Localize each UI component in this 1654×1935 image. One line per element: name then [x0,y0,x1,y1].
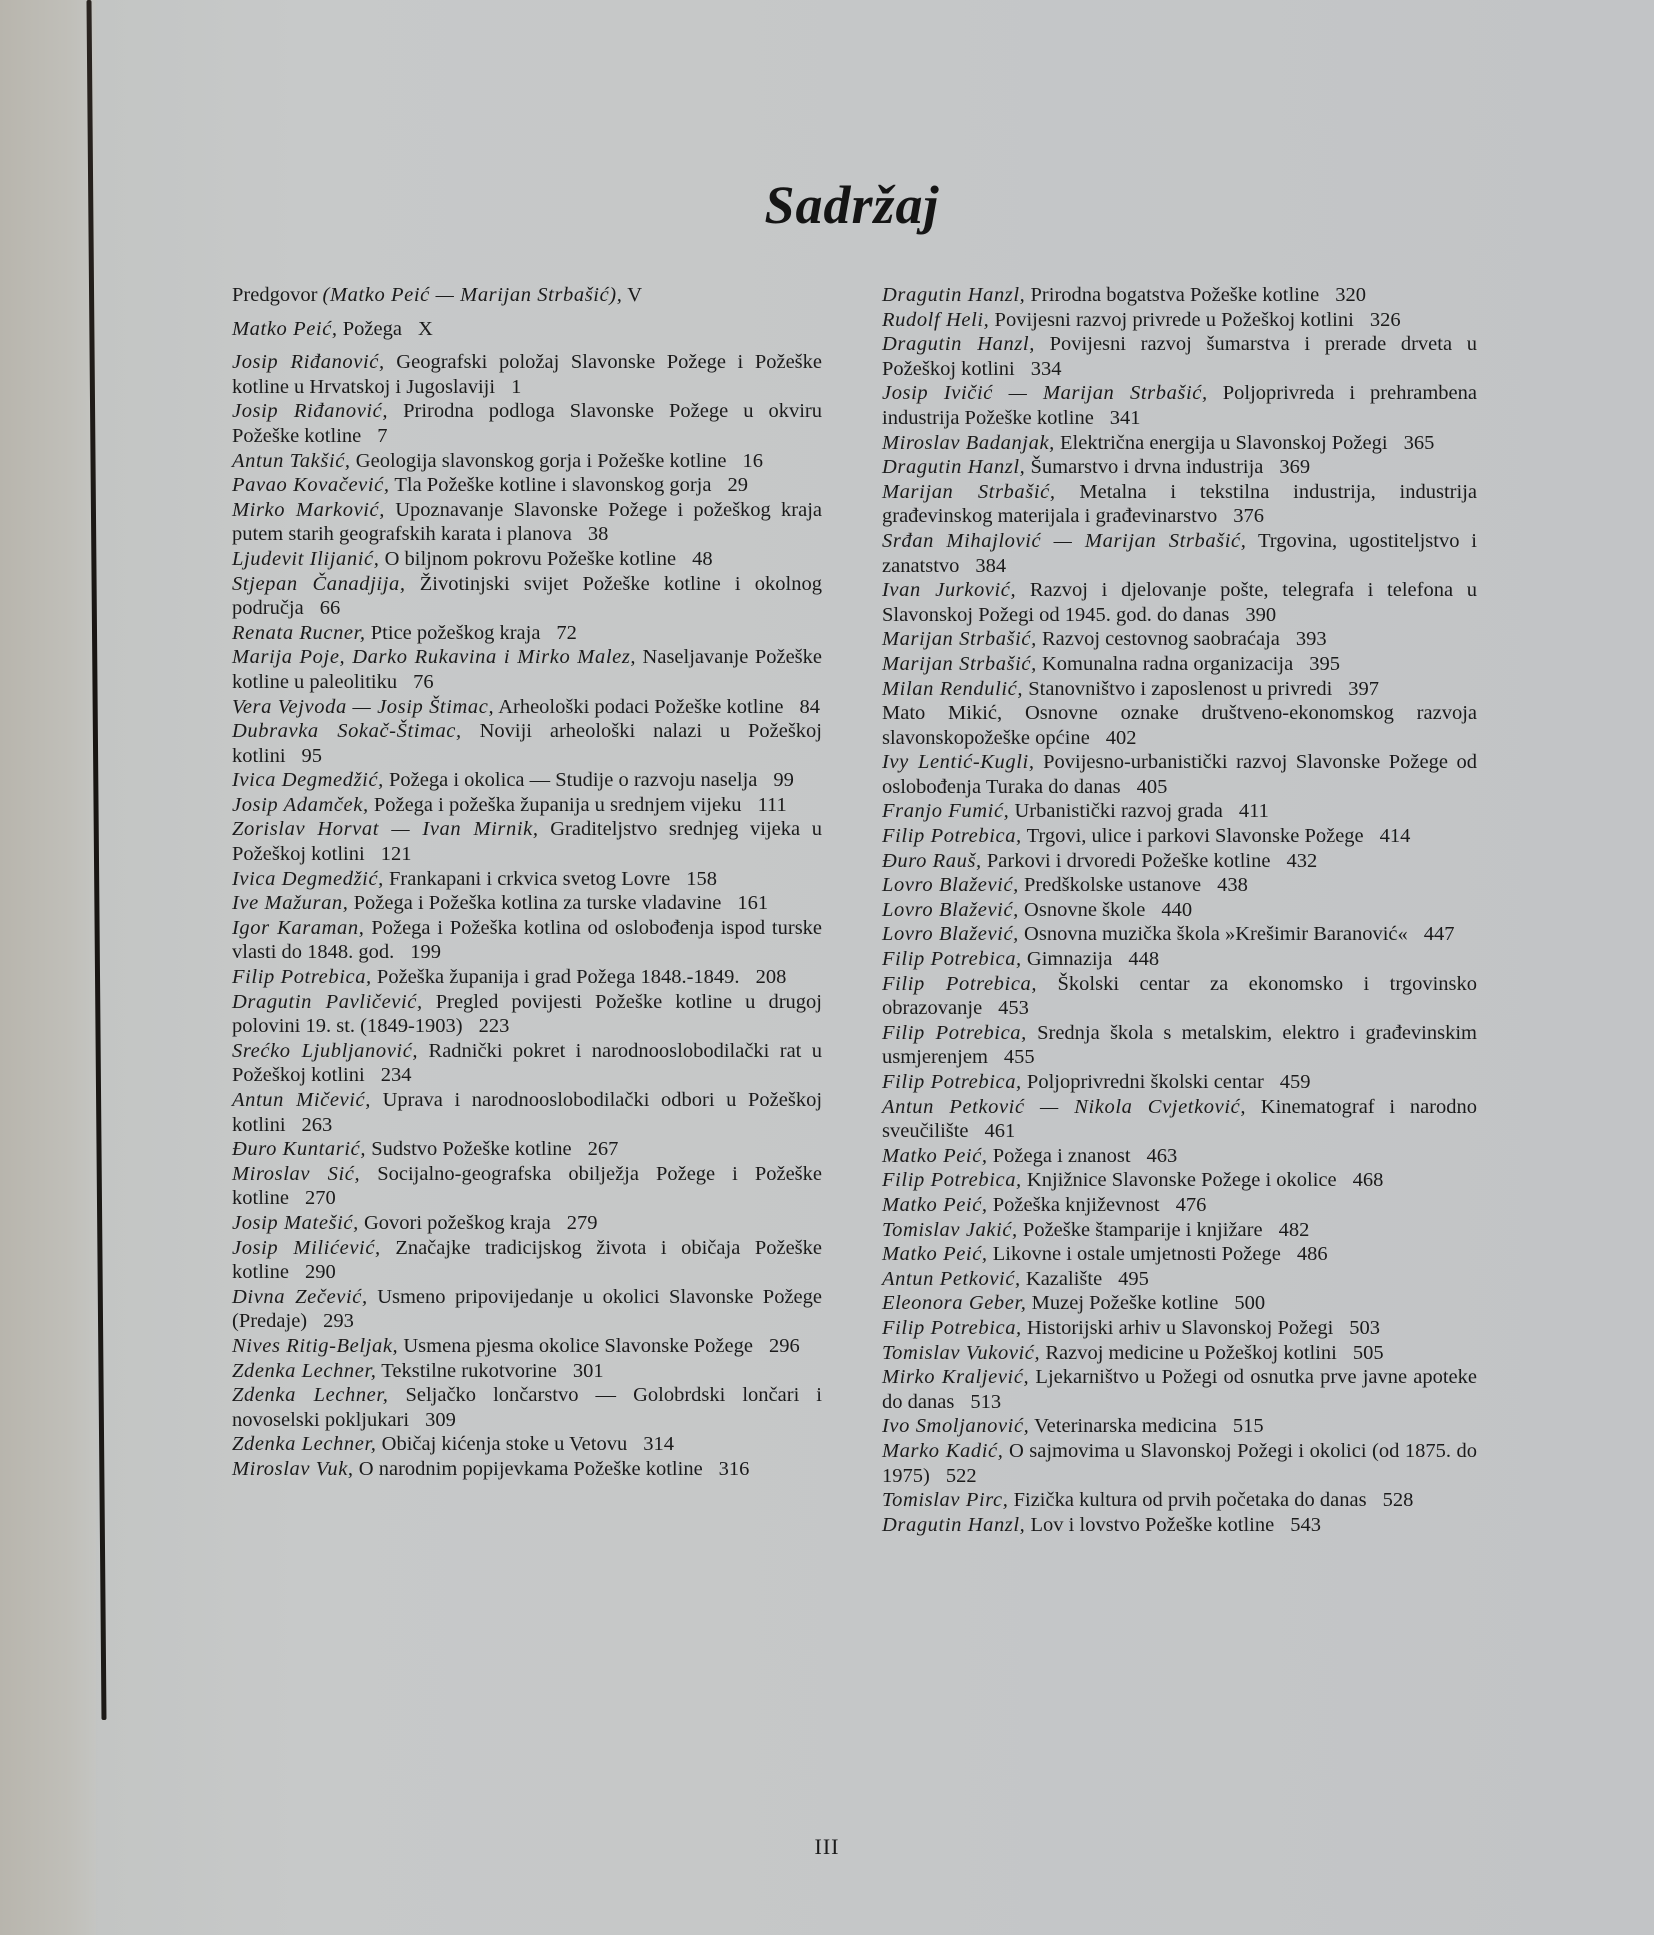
toc-entry: Lovro Blažević, Osnovne škole440 [882,898,1477,923]
previous-page-edge [0,0,96,1935]
toc-entry-title: Osnovne škole [1024,899,1145,921]
toc-entry-page-number: 208 [756,966,787,988]
toc-entry-title: Požega i požeška županija u srednjem vij… [374,794,742,816]
toc-entry: Filip Potrebica, Poljoprivredni školski … [882,1070,1477,1095]
toc-entry: Ive Mažuran, Požega i Požeška kotlina za… [232,891,822,916]
toc-entry-title: Komunalna radna organizacija [1042,653,1293,675]
toc-entry-title: Požega i Požeška kotlina za turske vlada… [354,892,722,914]
toc-entry-page-number: 7 [377,425,387,447]
toc-entry-author: Lovro Blažević, [882,874,1019,896]
toc-entry: Mato Mikić, Osnovne oznake društveno-eko… [882,701,1477,750]
toc-entry-page-number: 476 [1176,1194,1207,1216]
toc-entry: Ivo Smoljanović, Veterinarska medicina51… [882,1414,1477,1439]
toc-entry-page-number: 76 [413,671,434,693]
toc-entry: Tomislav Vuković, Razvoj medicine u Pože… [882,1341,1477,1366]
toc-entry: Dragutin Pavličević, Pregled povijesti P… [232,990,822,1039]
toc-entry-page-number: 267 [588,1138,619,1160]
toc-entry-page-number: 447 [1424,923,1455,945]
toc-entry-author: Marijan Strbašić, [882,628,1037,650]
toc-entry-page-number: 500 [1234,1292,1265,1314]
toc-left-column: Predgovor (Matko Peić — Marijan Strbašić… [232,283,822,1482]
toc-entry: Marija Poje, Darko Rukavina i Mirko Male… [232,645,822,694]
toc-entry-author: Miroslav Badanjak, [882,432,1055,454]
toc-entry-page-number: 290 [305,1261,336,1283]
toc-entry: Dragutin Hanzl, Prirodna bogatstva Požeš… [882,283,1477,308]
toc-entry-page-number: 316 [719,1458,750,1480]
toc-entry-author: Srđan Mihajlović — Marijan Strbašić, [882,530,1246,552]
toc-entry-page-number: 309 [425,1409,456,1431]
toc-entry-author: Ivica Degmedžić, [232,868,384,890]
toc-entry: Pavao Kovačević, Tla Požeške kotline i s… [232,473,822,498]
toc-entry-title: Osnovna muzička škola »Krešimir Baranovi… [1024,923,1408,945]
toc-entry-author: Filip Potrebica, [882,1169,1022,1191]
toc-entry-author: Dragutin Hanzl, [882,1514,1025,1536]
toc-entry-author: Mirko Marković, [232,499,385,521]
toc-entry-title: Stanovništvo i zaposlenost u privredi [1028,678,1332,700]
toc-entry-author: Filip Potrebica, [882,825,1022,847]
toc-entry-author: Filip Potrebica, [882,1071,1022,1093]
toc-entry: Ivy Lentić-Kugli, Povijesno-urbanistički… [882,750,1477,799]
toc-entry-page-number: 296 [769,1335,800,1357]
toc-entry: Zdenka Lechner, Običaj kićenja stoke u V… [232,1432,822,1457]
toc-entry-title: Trgovi, ulice i parkovi Slavonske Požege [1027,825,1364,847]
toc-entry: Dragutin Hanzl, Šumarstvo i drvna indust… [882,455,1477,480]
toc-entry-author: Filip Potrebica, [882,973,1037,995]
toc-entry-page-number: 486 [1297,1243,1328,1265]
toc-entry-page-number: 440 [1161,899,1192,921]
toc-entry-author: Dragutin Hanzl, [882,333,1035,355]
toc-entry-author: Nives Ritig-Beljak, [232,1335,398,1357]
toc-entry-title: O narodnim popijevkama Požeške kotline [359,1458,703,1480]
toc-entry-page-number: 270 [305,1187,336,1209]
toc-entry: Marijan Strbašić, Metalna i tekstilna in… [882,480,1477,529]
toc-entry-page-number: 468 [1353,1169,1384,1191]
toc-entry: Ivica Degmedžić, Frankapani i crkvica sv… [232,867,822,892]
toc-entry-author: Filip Potrebica, [882,1317,1022,1339]
toc-entry-author: Zdenka Lechner, [232,1360,377,1382]
toc-entry: Filip Potrebica, Historijski arhiv u Sla… [882,1316,1477,1341]
toc-entry-page-number: 341 [1110,407,1141,429]
toc-right-column: Dragutin Hanzl, Prirodna bogatstva Požeš… [882,283,1477,1537]
toc-entry: Eleonora Geber, Muzej Požeške kotline500 [882,1291,1477,1316]
toc-entry-title: Povijesni razvoj privrede u Požeškoj kot… [995,309,1354,331]
toc-entry-title: Likovne i ostale umjetnosti Požege [993,1243,1281,1265]
toc-entry: Dragutin Hanzl, Lov i lovstvo Požeške ko… [882,1513,1477,1538]
toc-entry-author: Antun Takšić, [232,450,351,472]
toc-entry-page-number: 402 [1106,727,1137,749]
toc-entry: Dragutin Hanzl, Povijesni razvoj šumarst… [882,332,1477,381]
toc-entry-author: Mirko Kraljević, [882,1366,1029,1388]
toc-entry-author: Dragutin Hanzl, [882,456,1025,478]
toc-entry-author: Ivy Lentić-Kugli, [882,751,1035,773]
toc-entry: Miroslav Badanjak, Električna energija u… [882,431,1477,456]
toc-entry-author: Marijan Strbašić, [882,653,1037,675]
toc-entry: Josip Milićević, Značajke tradicijskog ž… [232,1236,822,1285]
toc-entry-page-number: 384 [975,555,1006,577]
toc-entry-author: Marijan Strbašić, [882,481,1056,503]
toc-entry: Marko Kadić, O sajmovima u Slavonskoj Po… [882,1439,1477,1488]
toc-entry: Mirko Kraljević, Ljekarništvo u Požegi o… [882,1365,1477,1414]
toc-entry-title: Lov i lovstvo Požeške kotline [1031,1514,1275,1536]
toc-entry-lead: Predgovor [232,284,317,306]
toc-entry: Ivica Degmedžić, Požega i okolica — Stud… [232,768,822,793]
toc-entry-page-number: 522 [946,1465,977,1487]
toc-entry-page-number: V [627,284,642,306]
toc-entry-page-number: 515 [1233,1415,1264,1437]
toc-entry-author: Marko Kadić, [882,1440,1003,1462]
toc-entry: Đuro Kuntarić, Sudstvo Požeške kotline26… [232,1137,822,1162]
toc-entry: Filip Potrebica, Knjižnice Slavonske Pož… [882,1168,1477,1193]
toc-entry-author: Rudolf Heli, [882,309,989,331]
toc-entry-title: Urbanistički razvoj grada [1015,800,1223,822]
toc-entry-page-number: 161 [737,892,768,914]
toc-entry: Antun Petković — Nikola Cvjetković, Kine… [882,1095,1477,1144]
toc-entry: Antun Petković, Kazalište495 [882,1267,1477,1292]
toc-entry-page-number: 455 [1004,1046,1035,1068]
toc-entry-title: Požega i znanost [993,1145,1131,1167]
toc-entry-page-number: 395 [1309,653,1340,675]
toc-entry-author: Zorislav Horvat — Ivan Mirnik, [232,818,539,840]
toc-entry-author: Ivica Degmedžić, [232,769,384,791]
toc-entry-page-number: 320 [1335,284,1366,306]
toc-entry-author: Josip Adamček, [232,794,369,816]
toc-entry-page-number: 505 [1353,1342,1384,1364]
toc-entry: Tomislav Pirc, Fizička kultura od prvih … [882,1488,1477,1513]
toc-entry-author: Filip Potrebica, [882,948,1022,970]
toc-entry-page-number: 279 [567,1212,598,1234]
toc-entry-author: Vera Vejvoda — Josip Štimac, [232,696,494,718]
toc-entry-page-number: 38 [588,523,609,545]
toc-entry-author: Tomislav Vuković, [882,1342,1040,1364]
toc-entry: Miroslav Vuk, O narodnim popijevkama Pož… [232,1457,822,1482]
toc-entry: Dubravka Sokač-Štimac, Noviji arheološki… [232,719,822,768]
toc-entry-author: Zdenka Lechner, [232,1384,388,1406]
toc-entry-title: Frankapani i crkvica svetog Lovre [389,868,670,890]
toc-entry: Filip Potrebica, Gimnazija448 [882,947,1477,972]
toc-entry-author: Josip Milićević, [232,1237,381,1259]
toc-entry-author: Antun Mičević, [232,1089,371,1111]
toc-entry-author: Renata Rucner, [232,622,366,644]
toc-entry: Marijan Strbašić, Komunalna radna organi… [882,652,1477,677]
toc-entry: Igor Karaman, Požega i Požeška kotlina o… [232,916,822,965]
toc-entry: Stjepan Čanadjija, Životinjski svijet Po… [232,572,822,621]
toc-entry-title: Poljoprivredni školski centar [1027,1071,1264,1093]
toc-entry-page-number: 66 [320,597,341,619]
toc-entry-author: Tomislav Jakić, [882,1219,1018,1241]
toc-entry-author: Dubravka Sokač-Štimac, [232,720,462,742]
toc-entry-title: O biljnom pokrovu Požeške kotline [385,548,677,570]
toc-entry-title: Prirodna bogatstva Požeške kotline [1031,284,1320,306]
toc-entry-page-number: 326 [1370,309,1401,331]
toc-entry-page-number: 543 [1290,1514,1321,1536]
toc-entry-author: Filip Potrebica, [882,1022,1027,1044]
toc-entry-author: Ivo Smoljanović, [882,1415,1029,1437]
toc-entry-page-number: 334 [1031,358,1062,380]
toc-entry-title: Govori požeškog kraja [364,1212,551,1234]
toc-entry: Zorislav Horvat — Ivan Mirnik, Graditelj… [232,817,822,866]
toc-entry: Franjo Fumić, Urbanistički razvoj grada4… [882,799,1477,824]
toc-entry: Filip Potrebica, Srednja škola s metalsk… [882,1021,1477,1070]
toc-entry-author: Matko Peić, [882,1145,988,1167]
toc-entry-title: Historijski arhiv u Slavonskoj Požegi [1027,1317,1333,1339]
toc-entry-author: Matko Peić, [882,1243,988,1265]
toc-entry: Tomislav Jakić, Požeške štamparije i knj… [882,1218,1477,1243]
toc-entry-page-number: 397 [1348,678,1379,700]
toc-entry-page-number: 503 [1349,1317,1380,1339]
toc-entry-page-number: 411 [1239,800,1269,822]
toc-entry-page-number: 448 [1128,948,1159,970]
toc-entry-author: Miroslav Sić, [232,1163,360,1185]
toc-entry-page-number: 461 [985,1120,1016,1142]
toc-entry-page-number: 376 [1233,505,1264,527]
book-page: Sadržaj Predgovor (Matko Peić — Marijan … [0,0,1654,1935]
toc-entry-title: Predškolske ustanove [1024,874,1201,896]
toc-entry: Lovro Blažević, Osnovna muzička škola »K… [882,922,1477,947]
toc-entry: Josip Ivičić — Marijan Strbašić, Poljopr… [882,381,1477,430]
toc-entry: Srđan Mihajlović — Marijan Strbašić, Trg… [882,529,1477,578]
toc-entry-author: Tomislav Pirc, [882,1489,1008,1511]
toc-entry-author: Lovro Blažević, [882,923,1019,945]
toc-entry-author: Antun Petković, [882,1268,1021,1290]
toc-entry-page-number: 199 [410,941,441,963]
toc-entry-page-number: 293 [323,1310,354,1332]
toc-entry-title: Ptice požeškog kraja [371,622,541,644]
toc-entry-author: Antun Petković — Nikola Cvjetković, [882,1096,1246,1118]
toc-entry-author: Igor Karaman, [232,917,365,939]
toc-entry-author: Mato Mikić, [882,702,1002,724]
toc-entry-author: Filip Potrebica, [232,966,372,988]
toc-entry-title: Gimnazija [1027,948,1112,970]
toc-entry-author: Ive Mažuran, [232,892,349,914]
toc-entry-page-number: 263 [302,1114,333,1136]
toc-entry-title: Razvoj medicine u Požeškoj kotlini [1045,1342,1337,1364]
toc-entry: Renata Rucner, Ptice požeškog kraja72 [232,621,822,646]
toc-entry-title: Sudstvo Požeške kotline [371,1138,571,1160]
toc-entry-title: Požeška književnost [993,1194,1160,1216]
toc-entry-page-number: 111 [758,794,787,816]
toc-entry-author: Dragutin Pavličević, [232,991,423,1013]
toc-entry-title: Požeške štamparije i knjižare [1023,1219,1263,1241]
toc-entry: Divna Zečević, Usmeno pripovijedanje u o… [232,1285,822,1334]
toc-entry-author: Marija Poje, Darko Rukavina i Mirko Male… [232,646,636,668]
toc-entry: Ljudevit Ilijanić, O biljnom pokrovu Pož… [232,547,822,572]
toc-entry-page-number: 301 [573,1360,604,1382]
toc-entry-title: Požega [343,318,402,340]
toc-entry: Matko Peić, Likovne i ostale umjetnosti … [882,1242,1477,1267]
toc-entry-title: Električna energija u Slavonskoj Požegi [1060,432,1388,454]
toc-entry-author: Đuro Kuntarić, [232,1138,366,1160]
toc-entry-page-number: 314 [643,1433,674,1455]
toc-entry: Josip Matešić, Govori požeškog kraja279 [232,1211,822,1236]
toc-entry-page-number: 369 [1279,456,1310,478]
toc-entry-title: Geologija slavonskog gorja i Požeške kot… [356,450,727,472]
toc-entry-title: Veterinarska medicina [1034,1415,1217,1437]
toc-entry-page-number: 16 [742,450,763,472]
toc-entry-page-number: 432 [1286,850,1317,872]
toc-entry: Mirko Marković, Upoznavanje Slavonske Po… [232,498,822,547]
toc-entry-author: (Matko Peić — Marijan Strbašić), [323,284,623,306]
toc-entry-page-number: 95 [302,745,323,767]
toc-entry: Filip Potrebica, Požeška županija i grad… [232,965,822,990]
toc-entry: Vera Vejvoda — Josip Štimac, Arheološki … [232,695,822,720]
toc-entry-author: Miroslav Vuk, [232,1458,354,1480]
toc-entry: Matko Peić, PožegaX [232,317,822,342]
toc-entry-title: Usmena pjesma okolice Slavonske Požege [403,1335,753,1357]
toc-entry-title: Šumarstvo i drvna industrija [1031,456,1264,478]
toc-entry-page-number: 459 [1280,1071,1311,1093]
toc-entry-page-number: 84 [799,696,820,718]
toc-entry-title: Tla Požeške kotline i slavonskog gorja [394,474,711,496]
toc-entry: Nives Ritig-Beljak, Usmena pjesma okolic… [232,1334,822,1359]
toc-entry-title: Razvoj cestovnog saobraćaja [1042,628,1280,650]
toc-entry-page-number: 29 [727,474,748,496]
toc-entry: Josip Riđanović, Prirodna podloga Slavon… [232,399,822,448]
toc-entry-author: Lovro Blažević, [882,899,1019,921]
toc-entry: Miroslav Sić, Socijalno-geografska obilj… [232,1162,822,1211]
toc-entry-title: Kazalište [1026,1268,1102,1290]
toc-entry: Antun Mičević, Uprava i narodnooslobodil… [232,1088,822,1137]
toc-entry-page-number: 234 [381,1064,412,1086]
toc-entry-author: Eleonora Geber, [882,1292,1027,1314]
page-title: Sadržaj [0,174,1654,236]
toc-entry-title: Požeška županija i grad Požega 1848.-184… [377,966,740,988]
toc-entry-page-number: 223 [479,1015,510,1037]
toc-entry-page-number: 158 [686,868,717,890]
toc-entry-page-number: 438 [1217,874,1248,896]
toc-entry-title: Parkovi i drvoredi Požeške kotline [987,850,1271,872]
toc-entry-page-number: 482 [1279,1219,1310,1241]
toc-entry-page-number: 513 [970,1391,1001,1413]
toc-entry-author: Ljudevit Ilijanić, [232,548,379,570]
toc-entry: Matko Peić, Požega i znanost463 [882,1144,1477,1169]
toc-entry-page-number: 1 [511,376,521,398]
toc-entry-page-number: 414 [1380,825,1411,847]
toc-entry-page-number: 72 [556,622,577,644]
toc-entry-title: Fizička kultura od prvih početaka do dan… [1014,1489,1367,1511]
toc-entry-author: Zdenka Lechner, [232,1433,377,1455]
toc-entry-page-number: 365 [1404,432,1435,454]
toc-entry-title: Muzej Požeške kotline [1032,1292,1219,1314]
toc-entry-page-number: 121 [381,843,412,865]
toc-entry-author: Stjepan Čanadjija, [232,573,406,595]
toc-entry-title: Običaj kićenja stoke u Vetovu [382,1433,628,1455]
toc-entry-author: Dragutin Hanzl, [882,284,1025,306]
toc-entry: Đuro Rauš, Parkovi i drvoredi Požeške ko… [882,849,1477,874]
toc-entry-page-number: 495 [1118,1268,1149,1290]
toc-entry-page-number: 528 [1383,1489,1414,1511]
toc-entry-author: Milan Rendulić, [882,678,1023,700]
toc-entry-author: Ivan Jurković, [882,579,1016,601]
toc-entry-author: Divna Zečević, [232,1286,368,1308]
toc-entry-author: Srećko Ljubljanović, [232,1040,418,1062]
toc-entry-author: Josip Riđanović, [232,400,388,422]
toc-entry: Josip Riđanović, Geografski položaj Slav… [232,350,822,399]
toc-entry: Lovro Blažević, Predškolske ustanove438 [882,873,1477,898]
toc-entry-author: Đuro Rauš, [882,850,982,872]
toc-entry: Rudolf Heli, Povijesni razvoj privrede u… [882,308,1477,333]
toc-entry-page-number: 48 [692,548,713,570]
toc-entry-author: Matko Peić, [882,1194,988,1216]
toc-entry-page-number: 453 [998,997,1029,1019]
toc-entry: Matko Peić, Požeška književnost476 [882,1193,1477,1218]
toc-entry-title: Požega i okolica — Studije o razvoju nas… [389,769,757,791]
toc-entry-author: Josip Riđanović, [232,351,385,373]
toc-entry: Antun Takšić, Geologija slavonskog gorja… [232,449,822,474]
toc-entry: Zdenka Lechner, Seljačko lončarstvo — Go… [232,1383,822,1432]
toc-entry-page-number: 99 [773,769,794,791]
toc-entry-title: Arheološki podaci Požeške kotline [498,696,783,718]
toc-entry-page-number: 463 [1147,1145,1178,1167]
toc-entry-page-number: 393 [1296,628,1327,650]
toc-entry-author: Pavao Kovačević, [232,474,390,496]
toc-entry-page-number: 405 [1137,776,1168,798]
toc-entry: Zdenka Lechner, Tekstilne rukotvorine301 [232,1359,822,1384]
toc-entry: Filip Potrebica, Trgovi, ulice i parkovi… [882,824,1477,849]
toc-entry-author: Josip Matešić, [232,1212,359,1234]
toc-entry: Filip Potrebica, Školski centar za ekono… [882,972,1477,1021]
toc-entry-title: Tekstilne rukotvorine [381,1360,557,1382]
page-number: III [0,1834,1654,1860]
toc-entry: Milan Rendulić, Stanovništvo i zaposleno… [882,677,1477,702]
toc-entry-author: Matko Peić, [232,318,338,340]
toc-entry-page-number: X [418,318,433,340]
toc-entry-page-number: 390 [1245,604,1276,626]
toc-entry-author: Franjo Fumić, [882,800,1009,822]
toc-entry: Srećko Ljubljanović, Radnički pokret i n… [232,1039,822,1088]
toc-entry-title: Knjižnice Slavonske Požege i okolice [1027,1169,1337,1191]
toc-entry: Ivan Jurković, Razvoj i djelovanje pošte… [882,578,1477,627]
toc-entry: Josip Adamček, Požega i požeška županija… [232,793,822,818]
toc-entry: Marijan Strbašić, Razvoj cestovnog saobr… [882,627,1477,652]
toc-entry-author: Josip Ivičić — Marijan Strbašić, [882,382,1208,404]
toc-entry: Predgovor (Matko Peić — Marijan Strbašić… [232,283,822,308]
